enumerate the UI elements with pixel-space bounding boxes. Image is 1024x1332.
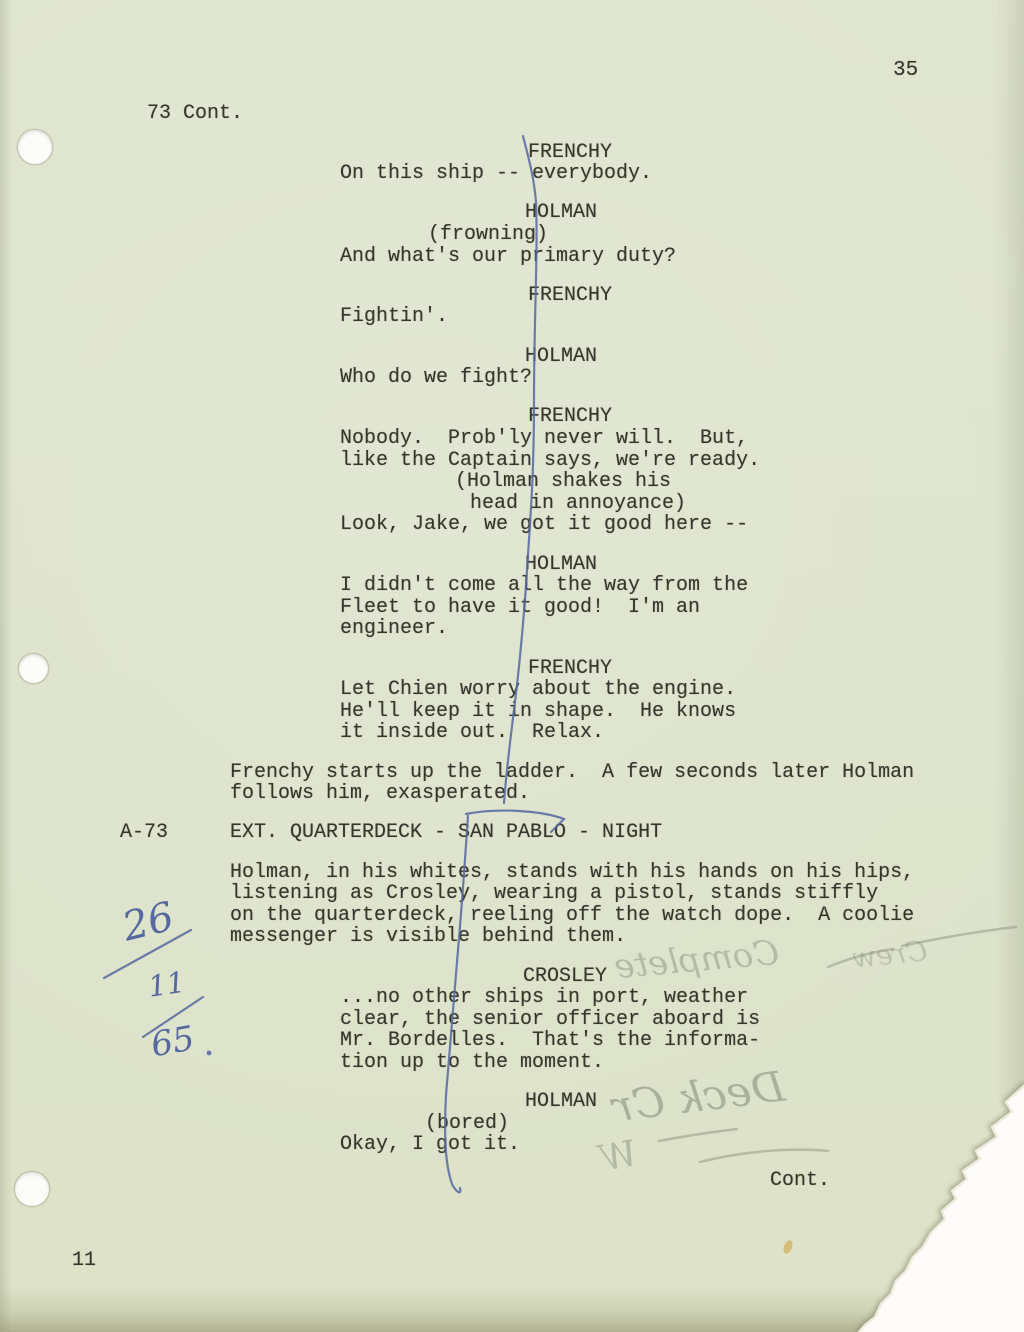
screenplay-page: Complete Crew Deck Cr W 35 73 Cont. 11 C… bbox=[0, 0, 1024, 1332]
torn-corner bbox=[0, 0, 1024, 1332]
